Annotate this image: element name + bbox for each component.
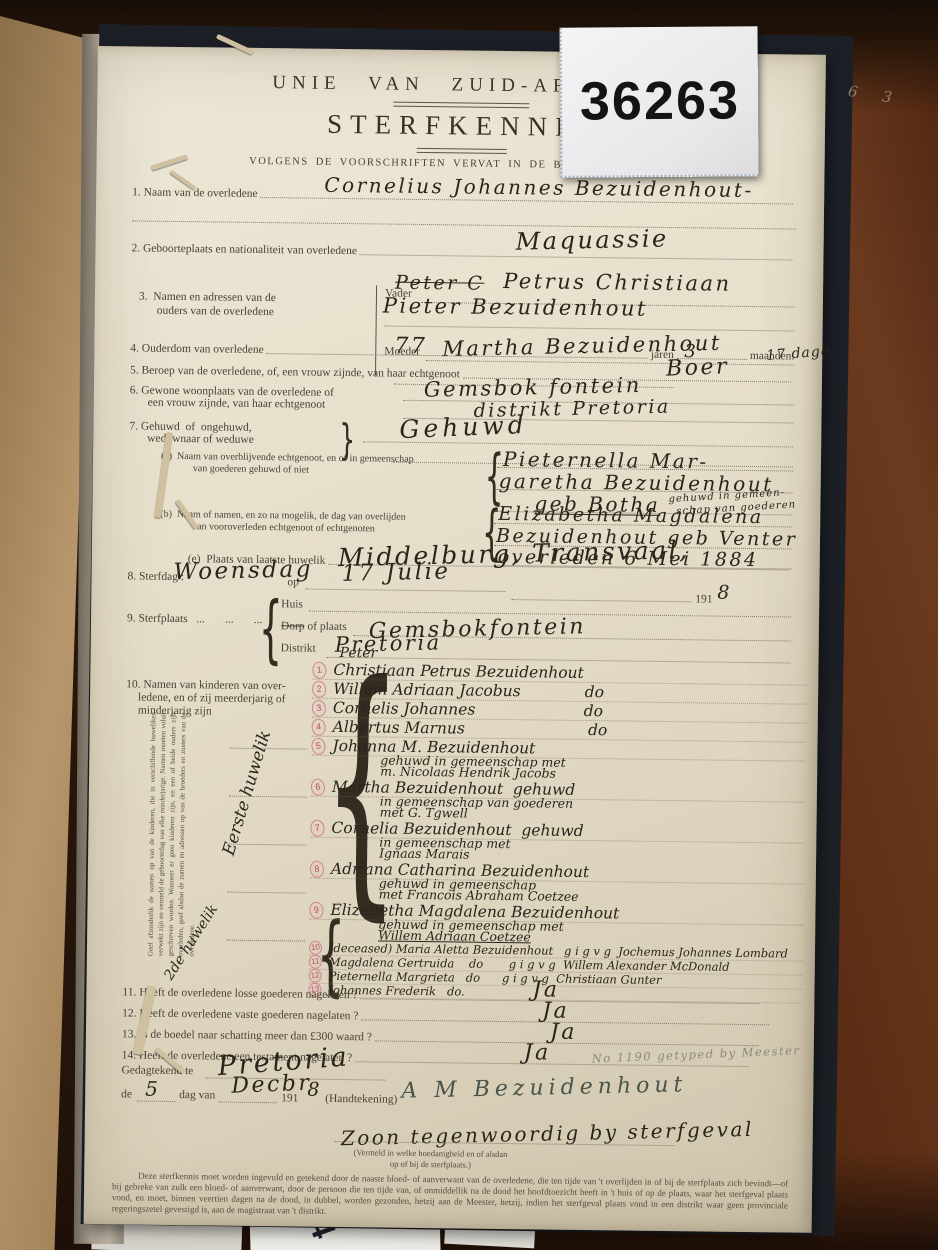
hw-birthplace: Maquassie — [515, 226, 669, 253]
hw-father-struck: Peter C — [395, 274, 484, 294]
rule — [417, 148, 507, 154]
child-number-badge: 8 — [309, 860, 325, 879]
child-number-badge: 3 — [311, 699, 327, 718]
hw-father-name-2: Pieter Bezuidenhout — [383, 296, 648, 320]
hw-death-year: 8 — [717, 584, 732, 603]
fine-print: Deze sterfkennis moet worden ingevuld en… — [112, 1170, 788, 1222]
child-number-badge: 2 — [311, 680, 327, 699]
hw-answer-13: Ja — [550, 1022, 577, 1044]
margin-instructions: Geef afzonderlik de namen op van de kind… — [146, 712, 200, 957]
hw-day-number: 5 — [145, 1079, 160, 1099]
children-list: Peter 1 Christiaan Petrus Bezuidenhout 2… — [308, 645, 806, 1004]
hw-signature: A M Bezuidenhout — [401, 1074, 688, 1102]
parents-bracket — [375, 285, 377, 375]
child-number-badge: 9 — [308, 901, 324, 920]
cover-pencil-mark: 6 3 — [847, 82, 903, 108]
child-number-badge: 6 — [310, 778, 326, 797]
child-entry-text: Christiaan Petrus Bezuidenhout — [333, 661, 584, 682]
dotted-line — [385, 326, 795, 332]
hw-marital-status: Gehuwd — [399, 412, 528, 442]
hw-answer-14: Ja — [524, 1042, 551, 1064]
field-3-label: 3. Namen en adressen van de — [139, 291, 276, 305]
hw-year-digit: 8 — [307, 1081, 322, 1100]
child-number-badge: 7 — [309, 819, 325, 838]
dotted-line — [305, 589, 505, 592]
hw-age-days: 17 dage — [766, 344, 831, 363]
hw-age-years: 77 — [394, 336, 427, 358]
child-entry-text: Peter — [340, 645, 378, 661]
child-number-badge: 1 — [311, 661, 327, 680]
child-number-badge: 4 — [311, 718, 327, 737]
child-number-badge: 11 — [308, 954, 323, 970]
dotted-line — [511, 599, 691, 602]
archive-label: 36263 — [559, 26, 758, 177]
photo-scene: 4 UNIE VAN ZUID-AFRIKA. STERFKENNIS VOLG… — [0, 0, 938, 1250]
field-10-label: 10. Namen van kinderen van over- — [126, 678, 286, 692]
archive-number: 36263 — [580, 69, 741, 132]
dotted-line — [132, 220, 796, 229]
dotted-line — [228, 892, 306, 894]
child-entry-text: Cornelis Johannes do — [333, 699, 603, 720]
child-entry-text: Willem Adriaan Jacobus do — [333, 680, 604, 701]
bracket: { — [258, 592, 282, 666]
field-9-label: 9. Sterfplaats ... ... ... — [127, 612, 263, 626]
field-2-row: 2. Geboorteplaats en nationaliteit van o… — [131, 242, 795, 262]
child-number-badge: 5 — [310, 737, 326, 756]
hw-death-date: 17 Julie — [341, 560, 450, 585]
hw-month: Decbr — [231, 1073, 312, 1098]
hw-father-name: Petrus Christiaan — [503, 271, 732, 295]
capacity-footnote: (Vermeld in welke hoedanigheid en of als… — [280, 1146, 580, 1172]
child-number-badge: 12 — [308, 968, 323, 984]
hw-surviving-spouse-1: Pieternella Mar- — [503, 449, 709, 472]
child-number-badge: 10 — [308, 940, 323, 956]
dotted-line — [219, 1102, 277, 1104]
hw-occupation: Boer — [666, 356, 730, 381]
death-notice-form: UNIE VAN ZUID-AFRIKA. STERFKENNIS VOLGEN… — [84, 46, 826, 1233]
child-entry-text: Albertus Marnus do — [333, 718, 608, 739]
child-entry-text: Ignaas Marais — [379, 845, 470, 861]
signature-label: (Handtekening) — [325, 1093, 397, 1106]
dotted-line — [227, 940, 305, 942]
hw-predeceased-spouse-1: Elizabetha Magdalena — [498, 505, 764, 527]
rule — [393, 102, 529, 109]
field-12-row: 12. Heeft de overledene vaste goederen n… — [122, 1007, 772, 1027]
child-entry-text: met G. Tgwell — [380, 804, 468, 820]
field-13-row: 13. Is de boedel naar schatting meer dan… — [122, 1028, 762, 1048]
hw-deceased-name: Cornelius Johannes Bezuidenhout- — [324, 175, 754, 200]
